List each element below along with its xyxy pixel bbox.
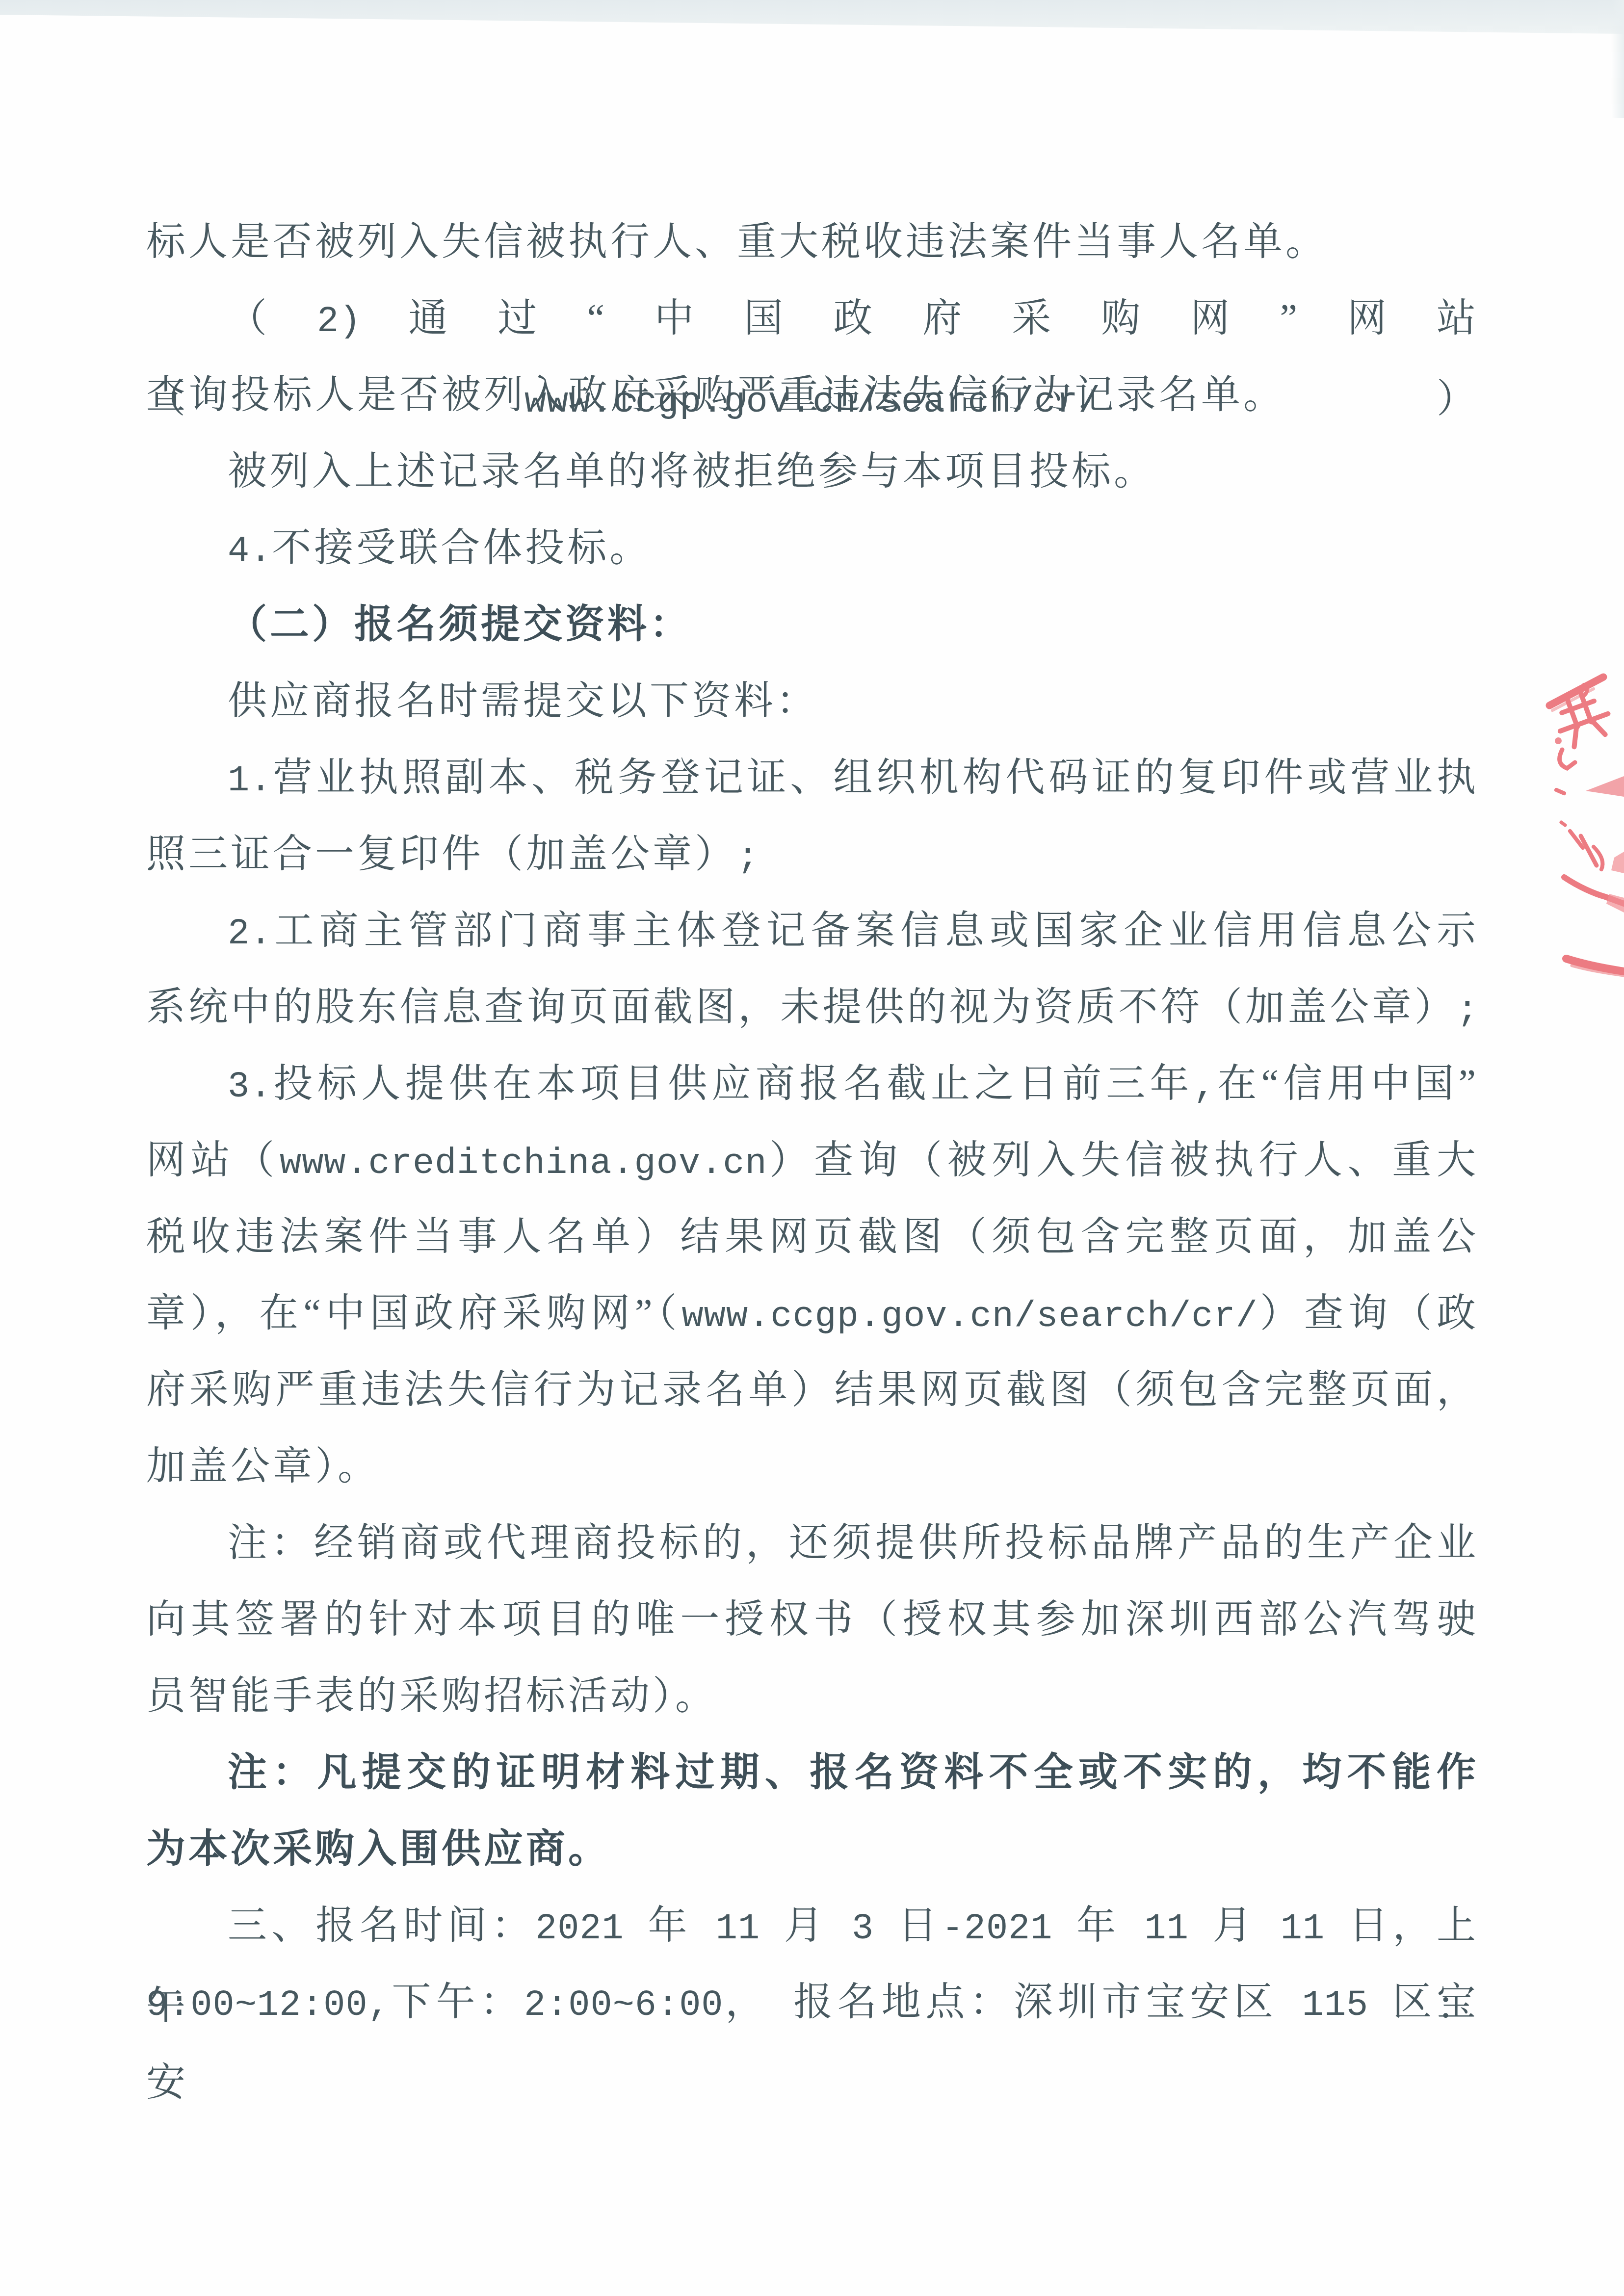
text-line: 加盖公章）。 [146, 1428, 1479, 1505]
latin-text: 9:00~12:00, [146, 1985, 390, 2026]
scan-edge-artifact-top [0, 0, 1624, 74]
text-line: 注：经销商或代理商投标的，还须提供所投标品牌产品的生产企业 [146, 1505, 1479, 1581]
latin-text: 2. [228, 914, 272, 955]
text-line: 被列入上述记录名单的将被拒绝参与本项目投标。 [146, 433, 1479, 510]
text-line: 2.工商主管部门商事主体登记备案信息或国家企业信用信息公示 [146, 892, 1479, 969]
text-line: 章），在“中国政府采购网”（www.ccgp.gov.cn/search/cr/… [146, 1275, 1479, 1352]
latin-text: 2021 [535, 1909, 648, 1950]
text-line: 9:00~12:00,下午：2:00~6:00， 报名地点：深圳市宝安区 115… [146, 1964, 1479, 2040]
latin-text: 2:00~6:00 [524, 1985, 723, 2026]
text-line: 标人是否被列入失信被执行人、重大税收违法案件当事人名单。 [146, 204, 1479, 280]
document-page: 标人是否被列入失信被执行人、重大税收违法案件当事人名单。（2)通过“中国政府采购… [0, 0, 1624, 2296]
document-text-block: 标人是否被列入失信被执行人、重大税收违法案件当事人名单。（2)通过“中国政府采购… [146, 204, 1479, 2040]
text-line: 4.不接受联合体投标。 [146, 510, 1479, 586]
latin-text: 3. [228, 1067, 272, 1108]
latin-text: ; [737, 837, 759, 878]
scan-edge-artifact-right [1611, 0, 1624, 118]
latin-text: 3 [828, 1909, 898, 1950]
latin-text: www.creditchina.gov.cn [280, 1144, 767, 1184]
text-line: 照三证合一复印件（加盖公章）; [146, 816, 1479, 892]
latin-text: 11 [1257, 1909, 1349, 1950]
latin-text: 4. [228, 531, 272, 572]
text-line: 税收违法案件当事人名单）结果网页截图（须包含完整页面，加盖公 [146, 1199, 1479, 1275]
text-line: 查询投标人是否被列入政府采购严重违法失信行为记录名单。 [146, 357, 1479, 433]
text-line: 供应商报名时需提交以下资料： [146, 663, 1479, 739]
latin-text [769, 1985, 793, 2026]
latin-text: ; [1457, 991, 1479, 1031]
text-line: 向其签署的针对本项目的唯一授权书（授权其参加深圳西部公汽驾驶 [146, 1581, 1479, 1658]
latin-text: 11 [692, 1909, 784, 1950]
text-line: 系统中的股东信息查询页面截图，未提供的视为资质不符（加盖公章）; [146, 969, 1479, 1045]
text-line: （二）报名须提交资料： [146, 586, 1479, 663]
text-line: 府采购严重违法失信行为记录名单）结果网页截图（须包含完整页面， [146, 1352, 1479, 1428]
text-line: （2)通过“中国政府采购网”网站（www.ccgp.gov.cn/search/… [146, 280, 1479, 357]
text-line: 3.投标人提供在本项目供应商报名截止之日前三年,在“信用中国” [146, 1045, 1479, 1122]
latin-text: 1. [228, 761, 272, 802]
text-line: 注：凡提交的证明材料过期、报名资料不全或不实的，均不能作 [146, 1734, 1479, 1811]
text-line: 为本次采购入围供应商。 [146, 1811, 1479, 1887]
latin-text: 11 [1121, 1909, 1213, 1950]
latin-text: 115 [1278, 1985, 1392, 2026]
latin-text: , [1194, 1067, 1216, 1108]
red-seal-stamp-fragment [1536, 667, 1624, 981]
text-line: 三、报名时间：2021 年 11 月 3 日-2021 年 11 月 11 日，… [146, 1887, 1479, 1964]
latin-text: 2) [317, 302, 361, 342]
text-line: 1.营业执照副本、税务登记证、组织机构代码证的复印件或营业执 [146, 739, 1479, 816]
latin-text: www.ccgp.gov.cn/search/cr/ [682, 1297, 1258, 1337]
text-line: 员智能手表的采购招标活动）。 [146, 1658, 1479, 1734]
text-line: 网站（www.creditchina.gov.cn）查询（被列入失信被执行人、重… [146, 1122, 1479, 1199]
latin-text: -2021 [942, 1909, 1077, 1950]
